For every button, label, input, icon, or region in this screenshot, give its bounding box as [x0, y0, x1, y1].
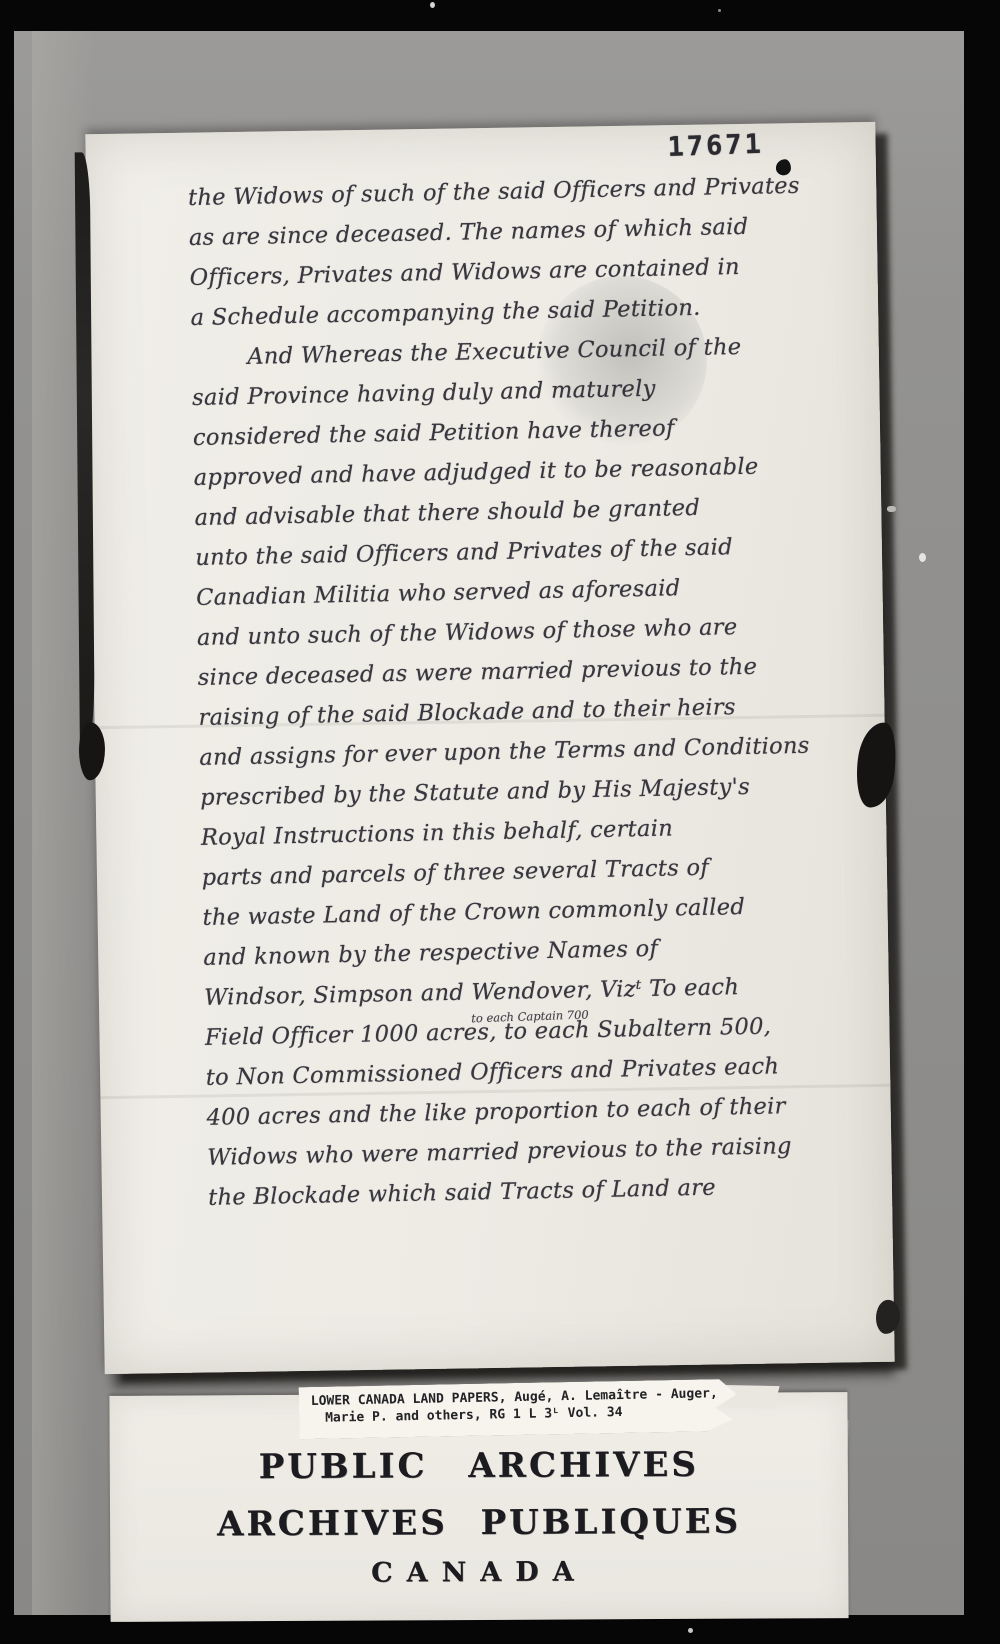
card-title-french: ARCHIVES PUBLIQUES — [110, 1501, 848, 1545]
backing-board: 17671 the Widows of such of the said Off… — [14, 31, 964, 1615]
card-title-english: PUBLIC ARCHIVES — [110, 1444, 848, 1488]
dust-speck — [718, 9, 721, 12]
dust-speck — [887, 506, 896, 512]
catalog-label: LOWER CANADA LAND PAPERS, Augé, A. Lemaî… — [299, 1379, 738, 1439]
manuscript-page: 17671 the Widows of such of the said Off… — [85, 122, 894, 1374]
dust-speck — [430, 2, 435, 8]
dust-speck — [919, 553, 926, 562]
tear-blob-right — [852, 720, 900, 810]
ink-spot — [776, 159, 791, 175]
manuscript-text: the Widows of such of the said Officers … — [188, 166, 829, 1218]
card-title-canada: CANADA — [110, 1555, 848, 1590]
page-number-stamp: 17671 — [667, 129, 764, 163]
dust-speck — [688, 1628, 693, 1633]
tear-blob-left — [79, 722, 106, 780]
edge-stain — [876, 1300, 901, 1334]
